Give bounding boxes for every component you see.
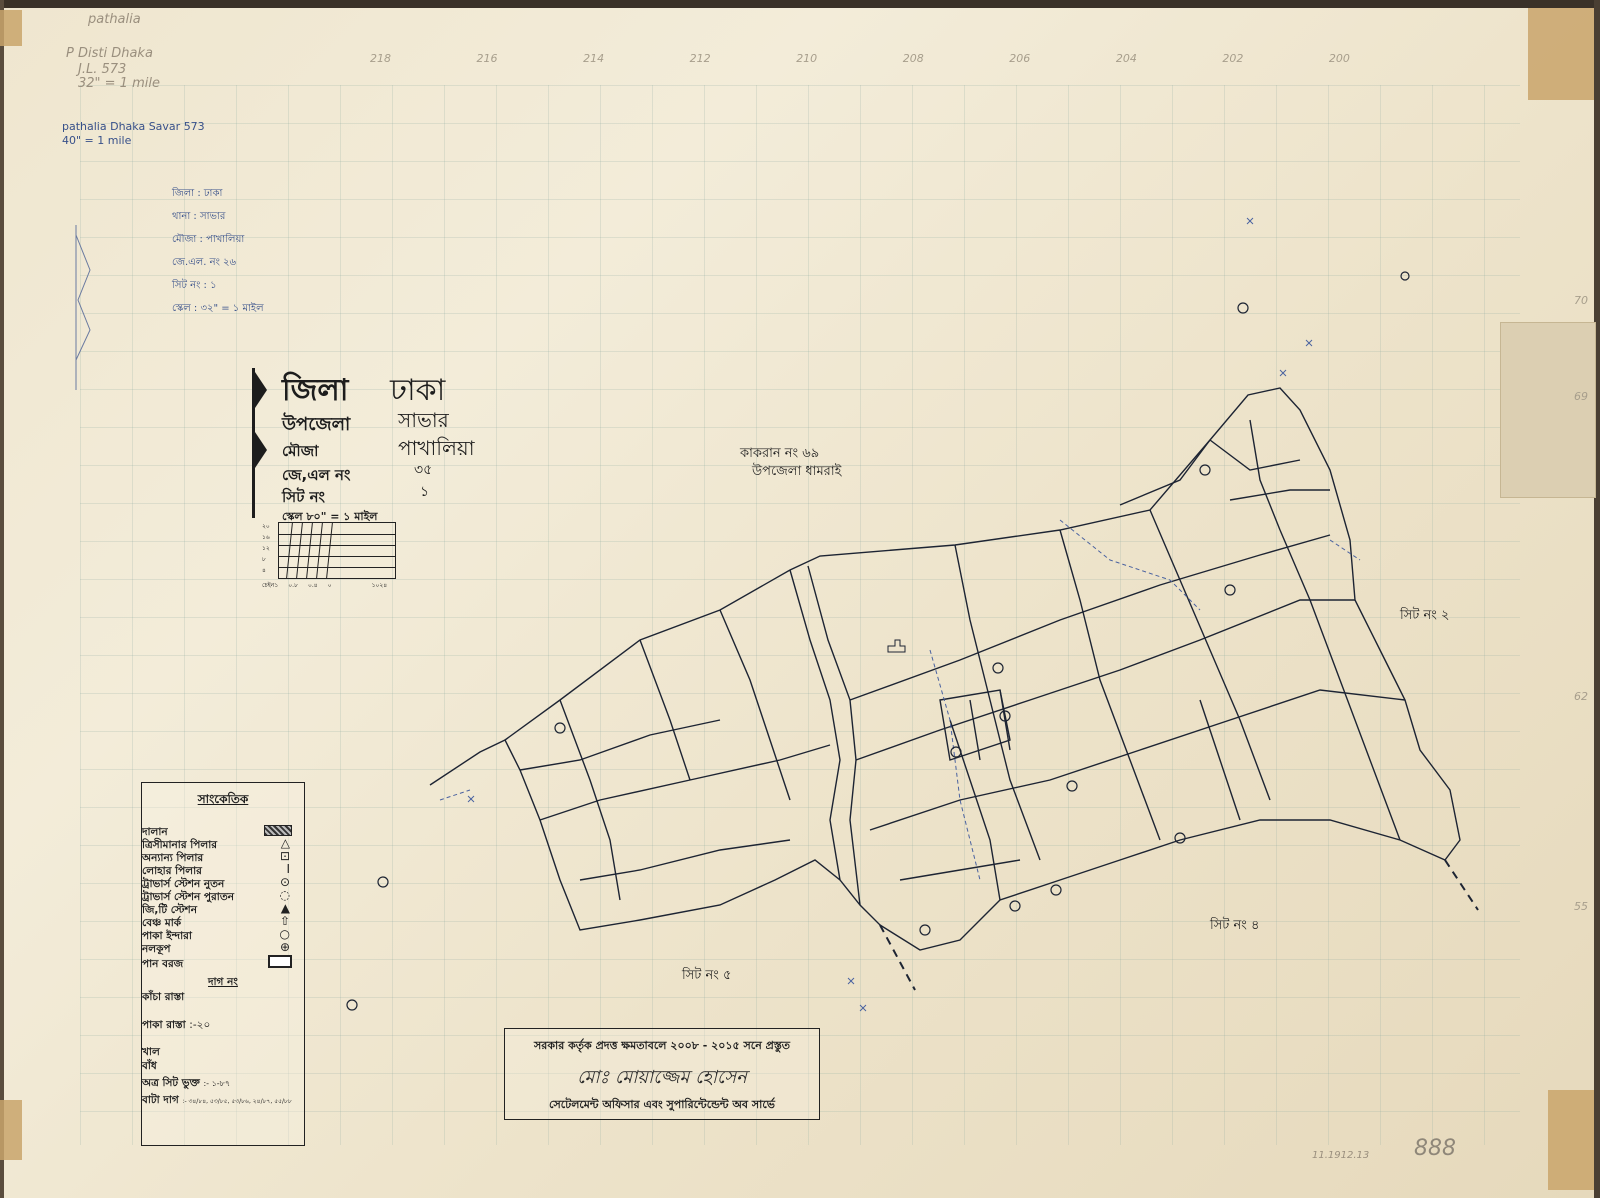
label-mouza: মৌজা: [282, 440, 318, 465]
iron-pillar-icon: I: [286, 862, 290, 876]
value-mouza: পাখালিয়া: [398, 434, 475, 467]
other-pillar-icon: ⊡: [280, 849, 290, 863]
neighbor-upazila-label: উপজেলা ধামরাই: [752, 462, 841, 483]
sheet-label-4: সিট নং ৪: [1210, 916, 1259, 937]
dag-header: দাগ নং: [208, 975, 238, 992]
label-upazila: উপজেলা: [282, 410, 350, 441]
traverse-station-old-icon: ◌: [280, 888, 290, 902]
bench-mark-icon: ⇧: [280, 914, 290, 928]
boundary-pillar-icon: △: [281, 836, 290, 850]
betel-garden-icon: [268, 955, 292, 968]
certification-box: সরকার কর্তৃক প্রদত্ত ক্ষমতাবলে ২০০৮ - ২০…: [504, 1028, 820, 1120]
sheet-label-2: সিট নং ২: [1400, 606, 1449, 627]
tube-well-icon: ⊕: [280, 940, 290, 954]
sheet-label-5: সিট নং ৫: [682, 966, 731, 987]
north-arrow-icon: [255, 372, 267, 408]
officer-designation: সেটেলমেন্ট অফিসার এবং সুপারিন্টেন্ডেন্ট …: [505, 1096, 819, 1115]
officer-signature: মোঃ মোয়াজ্জেম হোসেন: [505, 1063, 819, 1094]
map-legend: সাংকেতিক দালান ত্রিসীমানার পিলার △ অন্যা…: [141, 782, 305, 1146]
certification-text: সরকার কর্তৃক প্রদত্ত ক্ষমতাবলে ২০০৮ - ২০…: [505, 1037, 819, 1056]
gt-station-icon: ▲: [281, 901, 290, 915]
north-arrow-icon: [255, 432, 267, 468]
traverse-station-new-icon: ⊙: [280, 875, 290, 889]
map-sheet: pathalia P Disti Dhaka J.L. 573 32" = 1 …: [0, 0, 1600, 1198]
value-sheet-no: ১: [420, 480, 429, 504]
archive-stamp-number: 888: [1414, 1136, 1456, 1161]
pucca-well-icon: ○: [280, 927, 290, 941]
scale-bottom-ticks: চেইন১ ০.৮ ০.৪ ০ ১০২৪: [262, 580, 387, 591]
building-symbol-icon: [264, 825, 292, 836]
scale-ticks: ২০ ১৬ ১২ ৮ ৪: [262, 521, 270, 576]
archive-note: 11.1912.13: [1312, 1150, 1369, 1161]
legend-title: সাংকেতিক: [142, 791, 304, 811]
scale-diagram: [278, 522, 396, 579]
value-jl-no: ৩৫: [414, 458, 432, 482]
